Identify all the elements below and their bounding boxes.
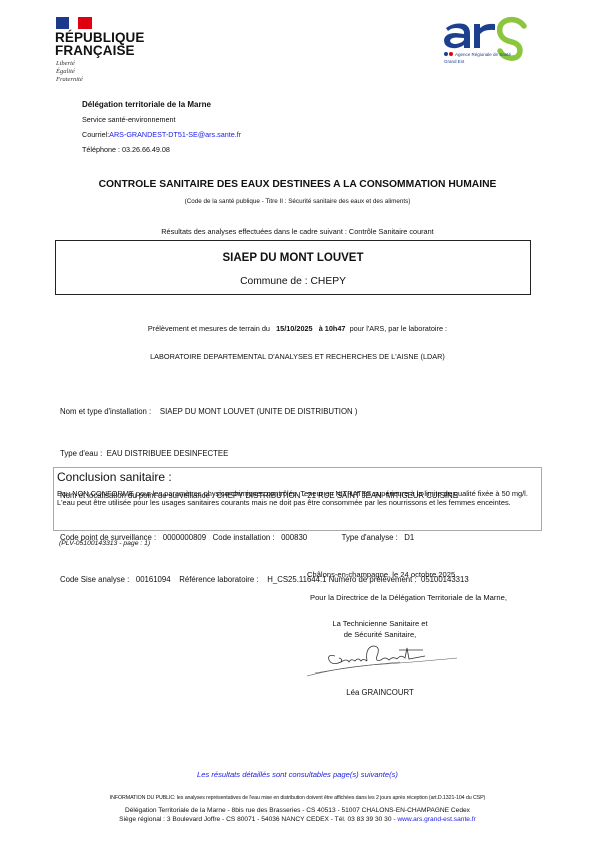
public-information: INFORMATION DU PUBLIC: les analyses repr… xyxy=(0,795,595,801)
installation-code-value: 000830 xyxy=(281,533,307,542)
site-box: SIAEP DU MONT LOUVET Commune de : CHEPY xyxy=(55,240,531,295)
email-line: Courriel:ARS-GRANDEST-DT51-SE@ars.sante.… xyxy=(82,127,241,142)
website-link[interactable]: www.ars.grand-est.sante.fr xyxy=(397,816,475,823)
ars-region: Grand Est xyxy=(444,59,464,64)
delegation-name: Délégation territoriale de la Marne xyxy=(82,97,241,112)
sender-info: Délégation territoriale de la Marne Serv… xyxy=(82,97,241,157)
commune: Commune de : CHEPY xyxy=(56,276,530,287)
sampling-date: 15/10/2025 xyxy=(276,324,313,333)
role-line-1: La Technicienne Sanitaire et xyxy=(300,618,460,629)
email-link[interactable]: ARS-GRANDEST-DT51-SE@ars.sante.fr xyxy=(109,130,241,139)
conclusion-title: Conclusion sanitaire : xyxy=(57,470,172,484)
installation-label: Nom et type d'installation : xyxy=(60,407,151,416)
republic-motto: Liberté Égalité Fraternité xyxy=(56,60,83,84)
sise-code-value: 00161094 xyxy=(136,575,171,584)
motto-egalite: Égalité xyxy=(56,68,83,76)
for-director: Pour la Directrice de la Délégation Terr… xyxy=(310,593,510,602)
water-type-value: EAU DISTRIBUEE DESINFECTEE xyxy=(107,449,229,458)
republique-francaise-logo: RÉPUBLIQUE FRANÇAISE xyxy=(55,31,145,57)
signer-name: Léa GRAINCOURT xyxy=(300,688,460,697)
motto-fraternite: Fraternité xyxy=(56,76,83,84)
sampling-line: Prélèvement et mesures de terrain du 15/… xyxy=(0,324,595,333)
installation-code-label: Code installation : xyxy=(213,533,275,542)
analysis-type-label: Type d'analyse : xyxy=(342,533,398,542)
sampling-prefix: Prélèvement et mesures de terrain du xyxy=(148,324,270,333)
conclusion-text: Eau NON CONFORME pour les paramètres phy… xyxy=(57,489,539,507)
french-flag-icon xyxy=(56,17,92,29)
lab-ref-label: Référence laboratoire : xyxy=(179,575,258,584)
role-line-2: de Sécurité Sanitaire, xyxy=(300,629,460,640)
sampling-time: à 10h47 xyxy=(319,324,346,333)
motto-liberte: Liberté xyxy=(56,60,83,68)
analysis-context: Résultats des analyses effectuées dans l… xyxy=(0,227,595,236)
water-type-label: Type d'eau : xyxy=(60,449,102,458)
email-label: Courriel: xyxy=(82,130,109,139)
delegation-address: Délégation Territoriale de la Marne - 8b… xyxy=(0,807,595,814)
signer-role: La Technicienne Sanitaire et de Sécurité… xyxy=(300,618,460,640)
document-subtitle: (Code de la santé publique - Titre II : … xyxy=(0,198,595,205)
ars-subtitle: Agence Régionale de Santé xyxy=(455,52,511,57)
conclusion-box: Conclusion sanitaire : Eau NON CONFORME … xyxy=(53,467,542,531)
sise-code-label: Code Sise analyse : xyxy=(60,575,129,584)
place-date: Châlons-en-champagne, le 24 octobre 2025 xyxy=(307,570,455,579)
sampling-suffix: pour l'ARS, par le laboratoire : xyxy=(350,324,448,333)
analysis-type-value: D1 xyxy=(404,533,414,542)
water-type-row: Type d'eau : EAU DISTRIBUEE DESINFECTEE xyxy=(60,447,469,461)
laboratory-name: LABORATOIRE DEPARTEMENTAL D'ANALYSES ET … xyxy=(0,352,595,361)
service-name: Service santé-environnement xyxy=(82,112,241,127)
site-name: SIAEP DU MONT LOUVET xyxy=(56,252,530,264)
point-code-value: 0000000809 xyxy=(163,533,206,542)
installation-value: SIAEP DU MONT LOUVET (UNITE DE DISTRIBUT… xyxy=(160,407,358,416)
page-reference: (PLV-05100143313 - page : 1) xyxy=(59,540,150,547)
handwritten-signature-icon xyxy=(305,642,460,682)
installation-row: Nom et type d'installation : SIAEP DU MO… xyxy=(60,405,469,419)
detailed-results-link[interactable]: Les résultats détaillés sont consultable… xyxy=(0,770,595,779)
phone-number: Téléphone : 03.26.66.49.08 xyxy=(82,142,241,157)
logo-line-2: FRANÇAISE xyxy=(55,44,145,57)
headquarters-text: Siège régional : 3 Boulevard Joffre - CS… xyxy=(119,816,397,823)
headquarters-address: Siège régional : 3 Boulevard Joffre - CS… xyxy=(0,816,595,823)
document-title: CONTROLE SANITAIRE DES EAUX DESTINEES A … xyxy=(0,179,595,190)
